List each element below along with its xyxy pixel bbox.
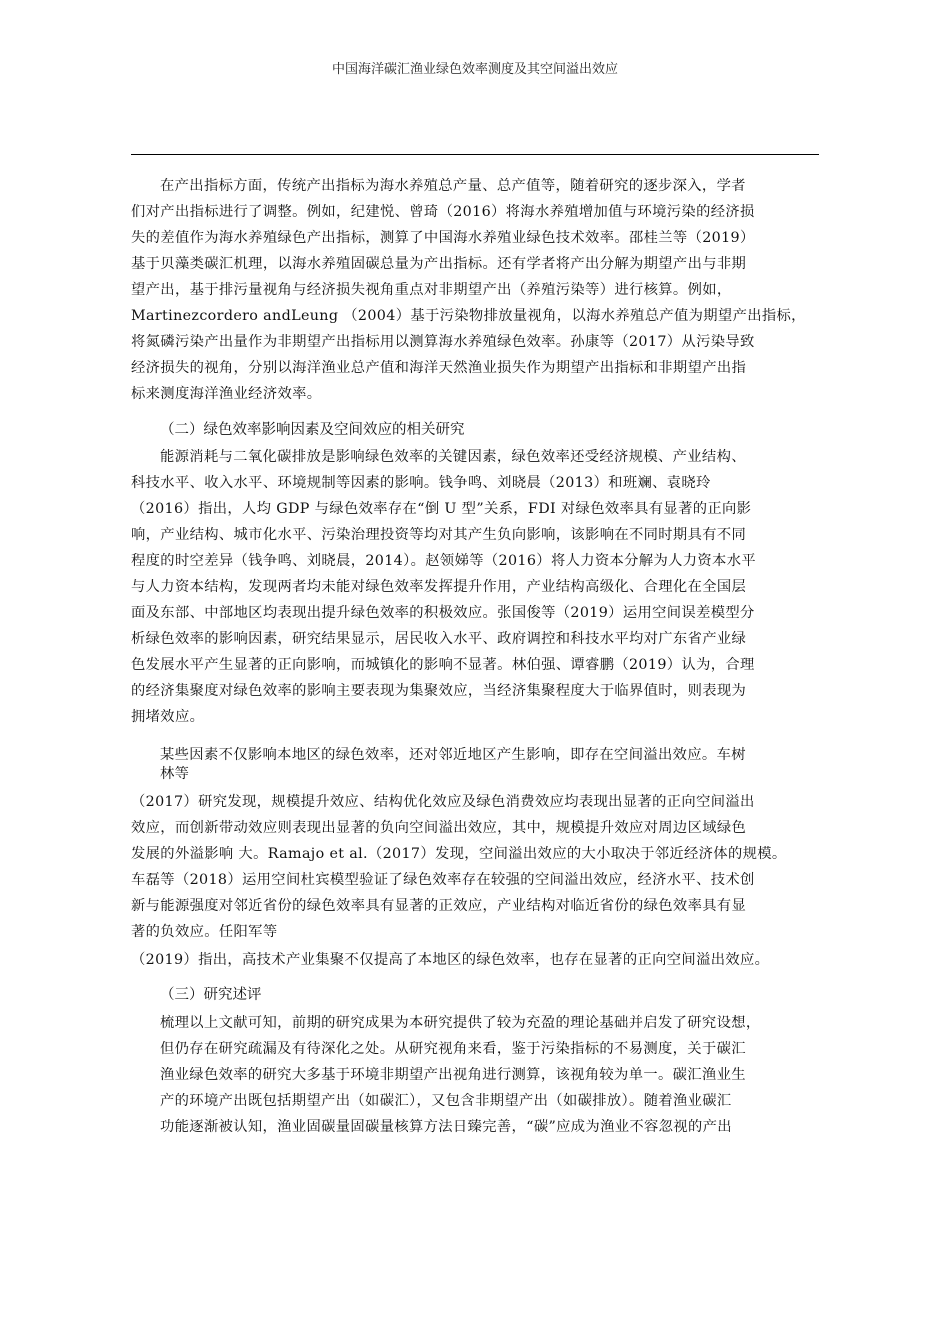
text-line: 车磊等（2018）运用空间杜宾模型验证了绿色效率存在较强的空间溢出效应，经济水平…	[131, 870, 755, 890]
text-line: 新与能源强度对邻近省份的绿色效率具有显著的正效应，产业结构对临近省份的绿色效率具…	[131, 896, 746, 916]
text-line: 基于贝藻类碳汇机理，以海水养殖固碳总量为产出指标。还有学者将产出分解为期望产出与…	[131, 254, 746, 274]
section-heading-3: （三）研究述评	[160, 985, 262, 1005]
text-line: 但仍存在研究疏漏及有待深化之处。从研究视角来看，鉴于污染指标的不易测度，关于碳汇	[160, 1039, 746, 1059]
text-line: 将氮磷污染产出量作为非期望产出指标用以测算海水养殖绿色效率。孙康等（2017）从…	[131, 332, 755, 352]
text-line: 梳理以上文献可知，前期的研究成果为本研究提供了较为充盈的理论基础并启发了研究设想…	[160, 1013, 761, 1033]
text-line: （2017）研究发现，规模提升效应、结构优化效应及绿色消费效应均表现出显著的正向…	[131, 792, 755, 812]
header-rule	[131, 154, 819, 155]
text-line: 色发展水平产生显著的正向影响，而城镇化的影响不显著。林伯强、谭睿鹏（2019）认…	[131, 655, 755, 675]
text-line: 产的环境产出既包括期望产出（如碳汇），又包含非期望产出（如碳排放）。随着渔业碳汇	[160, 1091, 732, 1111]
text-line: Martinezcordero andLeung （2004）基于污染物排放量视…	[131, 306, 806, 326]
section-heading-2: （二）绿色效率影响因素及空间效应的相关研究	[160, 420, 465, 440]
text-line: 析绿色效率的影响因素，研究结果显示，居民收入水平、政府调控和科技水平均对广东省产…	[131, 629, 746, 649]
text-line: 面及东部、中部地区均表现出提升绿色效率的积极效应。张国俊等（2019）运用空间误…	[131, 603, 755, 623]
text-line: 著的负效应。任阳军等	[131, 922, 277, 942]
text-line: 标来测度海洋渔业经济效率。	[131, 384, 321, 404]
text-line: 与人力资本结构，发现两者均未能对绿色效率发挥提升作用，产业结构高级化、合理化在全…	[131, 577, 746, 597]
text-line: 响，产业结构、城市化水平、污染治理投资等均对其产生负向影响，该影响在不同时期具有…	[131, 525, 746, 545]
text-line: 在产出指标方面，传统产出指标为海水养殖总产量、总产值等，随着研究的逐步深入，学者	[160, 176, 746, 196]
text-line: （2019）指出，高技术产业集聚不仅提高了本地区的绿色效率，也存在显著的正向空间…	[131, 950, 769, 970]
text-line: 们对产出指标进行了调整。例如，纪建悦、曾琦（2016）将海水养殖增加值与环境污染…	[131, 202, 755, 222]
text-line: 效应，而创新带动效应则表现出显著的负向空间溢出效应，其中，规模提升效应对周边区域…	[131, 818, 746, 838]
text-line: 失的差值作为海水养殖绿色产出指标，测算了中国海水养殖业绿色技术效率。邵桂兰等（2…	[131, 228, 755, 248]
text-line: 拥堵效应。	[131, 707, 204, 727]
running-header: 中国海洋碳汇渔业绿色效率测度及其空间溢出效应	[0, 58, 950, 77]
text-line: 林等	[160, 764, 189, 784]
text-line: 渔业绿色效率的研究大多基于环境非期望产出视角进行测算，该视角较为单一。碳汇渔业生	[160, 1065, 746, 1085]
text-line: （2016）指出，人均 GDP 与绿色效率存在“倒 U 型”关系，FDI 对绿色…	[131, 499, 751, 519]
text-line: 某些因素不仅影响本地区的绿色效率，还对邻近地区产生影响，即存在空间溢出效应。车树	[160, 745, 746, 765]
text-line: 的经济集聚度对绿色效率的影响主要表现为集聚效应，当经济集聚程度大于临界值时，则表…	[131, 681, 746, 701]
text-line: 能源消耗与二氧化碳排放是影响绿色效率的关键因素，绿色效率还受经济规模、产业结构、	[160, 447, 746, 467]
text-line: 程度的时空差异（钱争鸣、刘晓晨，2014）。赵领娣等（2016）将人力资本分解为…	[131, 551, 756, 571]
text-line: 发展的外溢影响 大。Ramajo et al.（2017）发现，空间溢出效应的大…	[131, 844, 787, 864]
text-line: 经济损失的视角，分别以海洋渔业总产值和海洋天然渔业损失作为期望产出指标和非期望产…	[131, 358, 746, 378]
text-line: 功能逐渐被认知，渔业固碳量固碳量核算方法日臻完善，“碳”应成为渔业不容忽视的产出	[160, 1117, 732, 1137]
text-line: 望产出，基于排污量视角与经济损失视角重点对非期望产出（养殖污染等）进行核算。例如…	[131, 280, 732, 300]
text-line: 科技水平、收入水平、环境规制等因素的影响。钱争鸣、刘晓晨（2013）和班斓、袁晓…	[131, 473, 711, 493]
